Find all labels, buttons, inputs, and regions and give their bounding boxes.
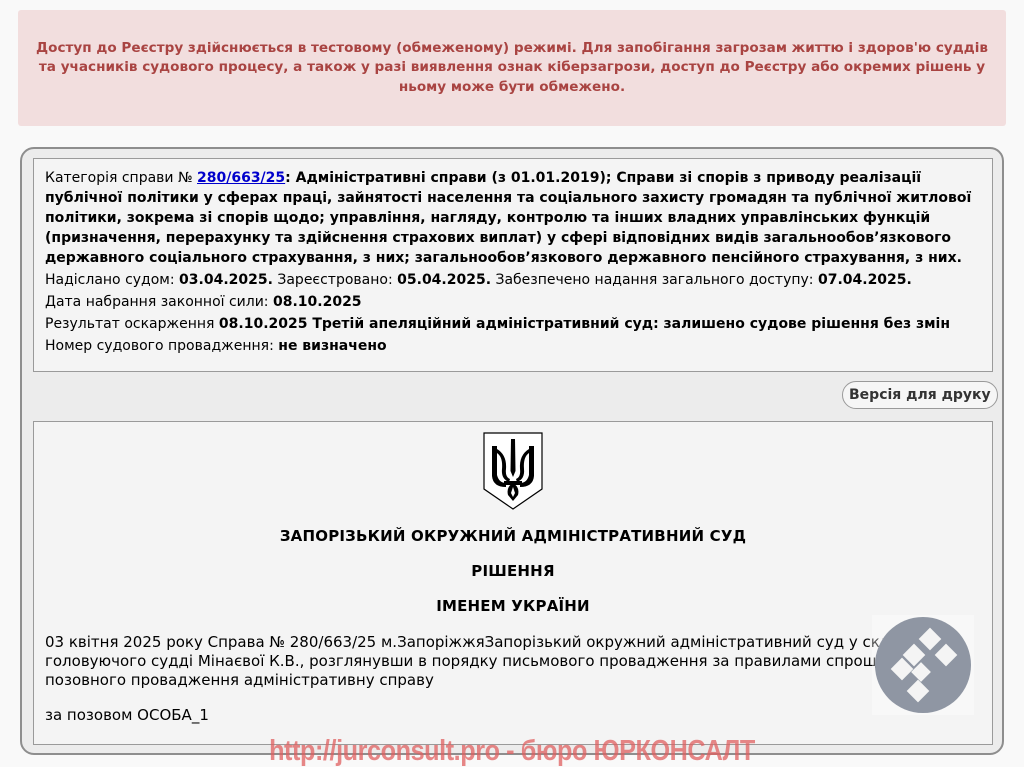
effective-value: 08.10.2025 (273, 294, 362, 310)
case-number-link[interactable]: 280/663/25 (197, 170, 285, 186)
sent-value: 03.04.2025. (179, 272, 273, 288)
category-label: Категорія справи № (45, 170, 193, 186)
in-name-of-ukraine: ІМЕНЕМ УКРАЇНИ (34, 597, 992, 615)
proceeding-value: не визначено (278, 338, 386, 354)
notice-text: Доступ до Реєстру здійснюється в тестово… (32, 39, 992, 98)
decision-paragraph: 03 квітня 2025 року Справа № 280/663/25 … (45, 633, 985, 690)
court-name: ЗАПОРІЗЬКИЙ ОКРУЖНИЙ АДМІНІСТРАТИВНИЙ СУ… (34, 527, 992, 545)
public-access-label: Забезпечено надання загального доступу: (495, 272, 813, 288)
registered-label: Зареєстровано: (277, 272, 392, 288)
scroll-to-top-badge-icon[interactable] (872, 615, 974, 715)
case-category: Категорія справи № 280/663/25: Адміністр… (45, 168, 981, 268)
case-info-box: Категорія справи № 280/663/25: Адміністр… (33, 158, 993, 372)
proceeding-number: Номер судового провадження: не визначено (45, 336, 981, 356)
effective-date: Дата набрання законної сили: 08.10.2025 (45, 292, 981, 312)
registered-value: 05.04.2025. (397, 272, 491, 288)
decision-paragraph: за позовом ОСОБА_1 (45, 706, 985, 725)
appeal-value: 08.10.2025 Третій апеляційний адміністра… (219, 316, 950, 332)
case-dates: Надіслано судом: 03.04.2025. Зареєстрова… (45, 270, 981, 290)
decision-document: ЗАПОРІЗЬКИЙ ОКРУЖНИЙ АДМІНІСТРАТИВНИЙ СУ… (33, 421, 993, 745)
print-version-button[interactable]: Версія для друку (842, 381, 998, 409)
sent-label: Надіслано судом: (45, 272, 175, 288)
effective-label: Дата набрання законної сили: (45, 294, 269, 310)
coat-of-arms-icon (482, 431, 544, 511)
registry-access-notice: Доступ до Реєстру здійснюється в тестово… (18, 10, 1006, 126)
proceeding-label: Номер судового провадження: (45, 338, 274, 354)
appeal-label: Результат оскарження (45, 316, 214, 332)
decision-text: 03 квітня 2025 року Справа № 280/663/25 … (45, 633, 985, 725)
public-access-value: 07.04.2025. (818, 272, 912, 288)
appeal-result: Результат оскарження 08.10.2025 Третій а… (45, 314, 981, 334)
decision-panel: Категорія справи № 280/663/25: Адміністр… (20, 147, 1004, 755)
site-watermark: http://jurconsult.pro - бюро ЮРКОНСАЛТ (67, 735, 958, 767)
document-type: РІШЕННЯ (34, 562, 992, 580)
